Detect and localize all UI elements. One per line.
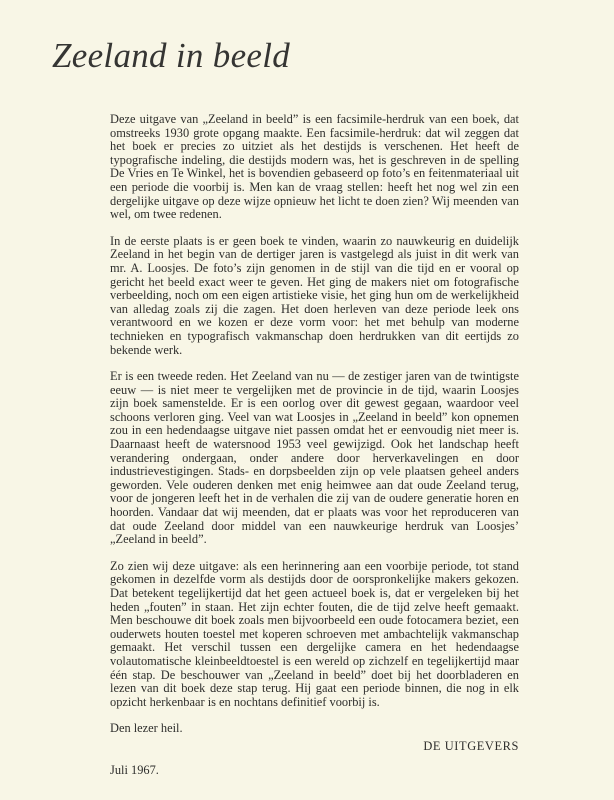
signature-block: DE UITGEVERS Juli 1967. xyxy=(110,742,519,772)
signature: DE UITGEVERS xyxy=(423,739,519,754)
paragraph-intro: Deze uitgave van „Zeeland in beeld” is e… xyxy=(110,113,519,222)
document-body: Deze uitgave van „Zeeland in beeld” is e… xyxy=(110,113,519,772)
date-line: Juli 1967. xyxy=(110,763,159,778)
page-title: Zeeland in beeld xyxy=(52,36,290,76)
paragraph-conclusion: Zo zien wij deze uitgave: als een herinn… xyxy=(110,560,519,710)
paragraph-second-reason: Er is een tweede reden. Het Zeeland van … xyxy=(110,370,519,547)
paragraph-first-reason: In de eerste plaats is er geen boek te v… xyxy=(110,235,519,357)
closing-line: Den lezer heil. xyxy=(110,722,519,736)
